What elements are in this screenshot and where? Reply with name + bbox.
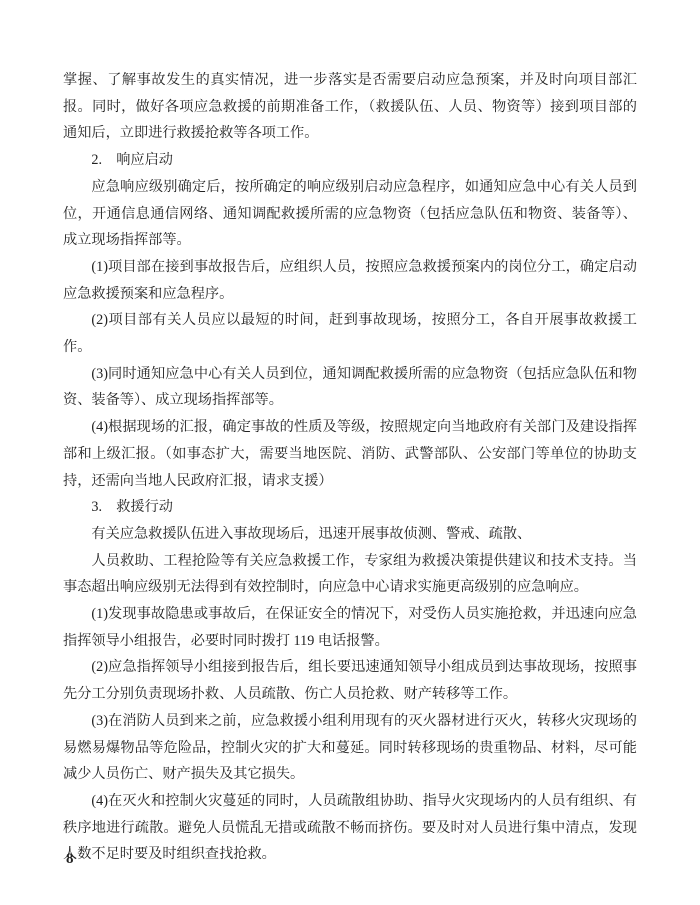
section-heading-rescue-action: 3. 救援行动	[63, 494, 637, 521]
list-item-3: (3)同时通知应急中心有关人员到位，通知调配救援所需的应急物资（包括应急队伍和物…	[63, 361, 637, 414]
list-item-2: (2)项目部有关人员应以最短的时间，赶到事故现场，按照分工，各自开展事故救援工作…	[63, 307, 637, 360]
list-item-2: (2)应急指挥领导小组接到报告后，组长要迅速通知领导小组成员到达事故现场，按照事…	[63, 654, 637, 707]
paragraph-continuation: 掌握、了解事故发生的真实情况，进一步落实是否需要启动应急预案，并及时向项目部汇报…	[63, 67, 637, 147]
list-item-1: (1)发现事故隐患或事故后，在保证安全的情况下，对受伤人员实施抢救，并迅速向应急…	[63, 601, 637, 654]
list-item-4: (4)根据现场的汇报，确定事故的性质及等级，按照规定向当地政府有关部门及建设指挥…	[63, 414, 637, 494]
page-footer: 8	[66, 849, 74, 869]
paragraph: 人员救助、工程抢险等有关应急救援工作，专家组为救援决策提供建议和技术支持。当事态…	[63, 548, 637, 601]
document-page: 掌握、了解事故发生的真实情况，进一步落实是否需要启动应急预案，并及时向项目部汇报…	[0, 0, 700, 905]
list-item-4: (4)在灭火和控制火灾蔓延的同时，人员疏散组协助、指导火灾现场内的人员有组织、有…	[63, 788, 637, 868]
page-number: 8	[66, 851, 74, 867]
list-item-1: (1)项目部在接到事故报告后，应组织人员，按照应急救援预案内的岗位分工，确定启动…	[63, 254, 637, 307]
paragraph: 应急响应级别确定后，按所确定的响应级别启动应急程序，如通知应急中心有关人员到位，…	[63, 174, 637, 254]
paragraph: 有关应急救援队伍进入事故现场后，迅速开展事故侦测、警戒、疏散、	[63, 521, 637, 548]
section-heading-response-start: 2. 响应启动	[63, 147, 637, 174]
document-body: 掌握、了解事故发生的真实情况，进一步落实是否需要启动应急预案，并及时向项目部汇报…	[63, 67, 637, 868]
list-item-3: (3)在消防人员到来之前，应急救援小组利用现有的灭火器材进行灭火，转移火灾现场的…	[63, 708, 637, 788]
